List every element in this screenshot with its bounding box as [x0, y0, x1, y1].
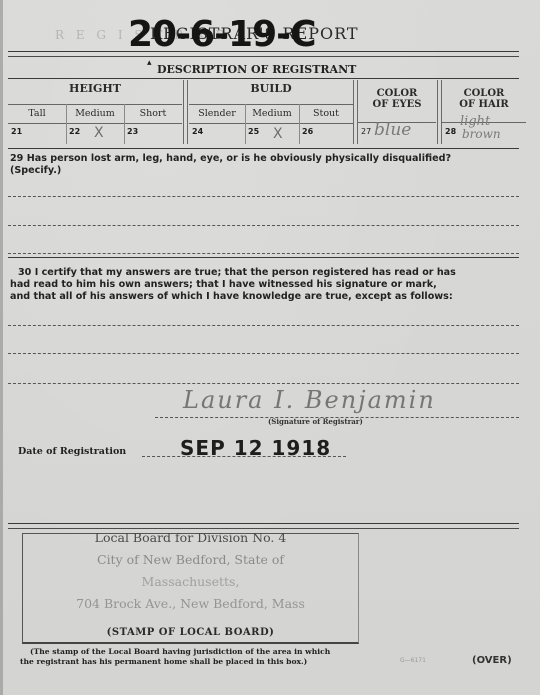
height-header: HEIGHT	[8, 82, 182, 95]
date-of-registration-stamp: SEP 12 1918	[180, 436, 331, 460]
stamp-caption: (STAMP OF LOCAL BOARD)	[23, 627, 358, 638]
draft-card-back-page: R E G I S T R A R REGISTRAR'S REPORT 20-…	[0, 0, 540, 695]
signature-caption: (Signature of Registrar)	[268, 417, 363, 426]
local-board-stamp-box: Local Board for Division No. 4 City of N…	[22, 533, 359, 644]
question-30-line1: 30 I certify that my answers are true; t…	[10, 267, 456, 279]
height-group: HEIGHT Tall Medium Short 21 22 X 23	[8, 80, 182, 144]
stamp-line-3: Massachusetts,	[23, 574, 358, 589]
answer-line-30-3[interactable]	[8, 383, 519, 384]
height-medium-label: Medium	[66, 104, 124, 124]
stamp-line-4: 704 Brock Ave., New Bedford, Mass	[23, 596, 358, 611]
hair-color-group: COLOR OF HAIR 28 light brown	[442, 80, 526, 144]
question-29-line1: 29 Has person lost arm, leg, hand, eye, …	[10, 153, 451, 165]
serial-number-stamp: 20-6-19-C	[128, 14, 316, 55]
hair-color-value-line2: brown	[462, 127, 501, 141]
build-slender-label: Slender	[189, 104, 245, 124]
height-medium-check-mark: X	[94, 125, 104, 141]
stamp-note-line2: the registrant has his permanent home sh…	[20, 657, 330, 667]
eye-color-group: COLOR OF EYES 27 blue	[358, 80, 436, 144]
hair-color-header-line2: OF HAIR	[442, 99, 526, 110]
hair-color-header-line1: COLOR	[442, 88, 526, 99]
stamp-instruction-note: (The stamp of the Local Board having jur…	[20, 647, 330, 667]
field-26-number: 26	[299, 123, 313, 143]
group-divider	[183, 80, 188, 144]
eye-color-value: blue	[374, 120, 411, 140]
field-22-number: 22	[66, 123, 80, 143]
registrar-signature: Laura I. Benjamin	[183, 386, 436, 414]
field-24-number: 24	[189, 123, 203, 143]
field-21-number: 21	[8, 123, 22, 143]
question-29: 29 Has person lost arm, leg, hand, eye, …	[10, 153, 451, 177]
hair-color-header: COLOR OF HAIR	[442, 88, 526, 110]
stamp-section-double-rule	[8, 523, 519, 529]
header-double-rule	[8, 51, 519, 57]
form-number: G—6171	[400, 657, 426, 664]
question-30: 30 I certify that my answers are true; t…	[10, 267, 456, 303]
question-29-line2: (Specify.)	[10, 165, 451, 177]
build-stout-label: Stout	[299, 104, 353, 124]
over-indicator: (OVER)	[472, 655, 512, 666]
description-table: HEIGHT Tall Medium Short 21 22 X 23 BUIL…	[8, 80, 519, 144]
eye-color-header-line1: COLOR	[358, 88, 436, 99]
answer-line-30-1[interactable]	[8, 325, 519, 326]
tick-mark: ▴	[147, 58, 152, 68]
eye-color-header: COLOR OF EYES	[358, 88, 436, 110]
build-medium-label: Medium	[245, 104, 299, 124]
section-title: DESCRIPTION OF REGISTRANT	[157, 63, 356, 76]
build-header: BUILD	[189, 82, 353, 95]
date-of-registration-label: Date of Registration	[18, 446, 126, 457]
field-25-number: 25	[245, 123, 259, 143]
stamp-line-1: Local Board for Division No. 4	[23, 530, 358, 545]
table-top-rule	[8, 78, 519, 79]
question-30-line2: had read to him his own answers; that I …	[10, 279, 456, 291]
eye-color-header-line2: OF EYES	[358, 99, 436, 110]
table-bottom-rule	[8, 148, 519, 149]
field-27-number: 27	[358, 123, 371, 143]
build-medium-check-mark: X	[273, 126, 283, 142]
question-30-line3: and that all of his answers of which I h…	[10, 291, 456, 303]
stamp-line-2: City of New Bedford, State of	[23, 552, 358, 567]
answer-line-29-3[interactable]	[8, 253, 519, 254]
page-edge	[0, 0, 3, 695]
answer-line-30-2[interactable]	[8, 353, 519, 354]
section-rule	[8, 257, 519, 258]
field-23-number: 23	[124, 123, 138, 143]
stamp-note-line1: (The stamp of the Local Board having jur…	[20, 647, 330, 657]
height-tall-label: Tall	[8, 104, 66, 124]
answer-line-29-2[interactable]	[8, 225, 519, 226]
field-28-number: 28	[442, 123, 456, 143]
build-group: BUILD Slender Medium Stout 24 25 X 26	[189, 80, 353, 144]
height-short-label: Short	[124, 104, 182, 124]
answer-line-29-1[interactable]	[8, 196, 519, 197]
